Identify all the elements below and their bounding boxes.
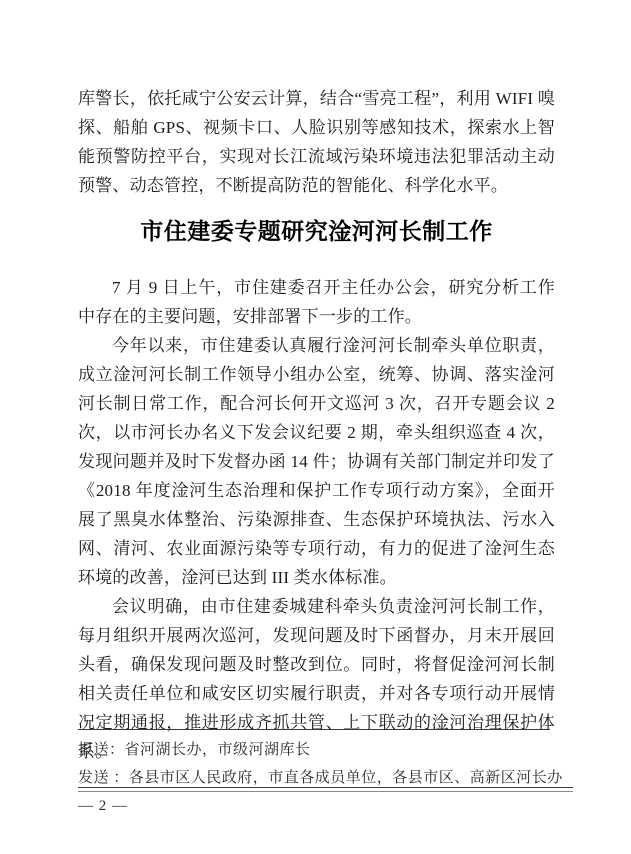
article-title: 市住建委专题研究淦河河长制工作	[78, 216, 555, 247]
report-to-line: 报送：省河湖长办，市级河湖库长	[78, 740, 573, 760]
footer-divider-bottom	[78, 787, 573, 792]
send-to-value: 各县市区人民政府，市直各成员单位，各县市区、高新区河长办	[129, 770, 563, 786]
send-to-line: 发送 ：各县市区人民政府，市直各成员单位，各县市区、高新区河长办	[78, 768, 573, 788]
report-to-label: 报送：	[78, 742, 125, 758]
page-number: — 2 —	[78, 798, 128, 815]
send-to-label: 发送 ：	[78, 770, 129, 786]
article-paragraph-2: 今年以来，市住建委认真履行淦河河长制牵头单位职责，成立淦河河长制工作领导小组办公…	[78, 331, 555, 592]
footer-divider-top	[78, 729, 550, 730]
document-page: 库警长，依托咸宁公安云计算，结合“雪亮工程”，利用 WIFI 嗅探、船舶 GPS…	[0, 0, 631, 854]
continuation-paragraph: 库警长，依托咸宁公安云计算，结合“雪亮工程”，利用 WIFI 嗅探、船舶 GPS…	[78, 84, 555, 200]
report-to-value: 省河湖长办，市级河湖库长	[125, 742, 311, 758]
article-paragraph-1: 7 月 9 日上午，市住建委召开主任办公会，研究分析工作中存在的主要问题，安排部…	[78, 273, 555, 331]
document-body: 库警长，依托咸宁公安云计算，结合“雪亮工程”，利用 WIFI 嗅探、船舶 GPS…	[78, 84, 555, 766]
